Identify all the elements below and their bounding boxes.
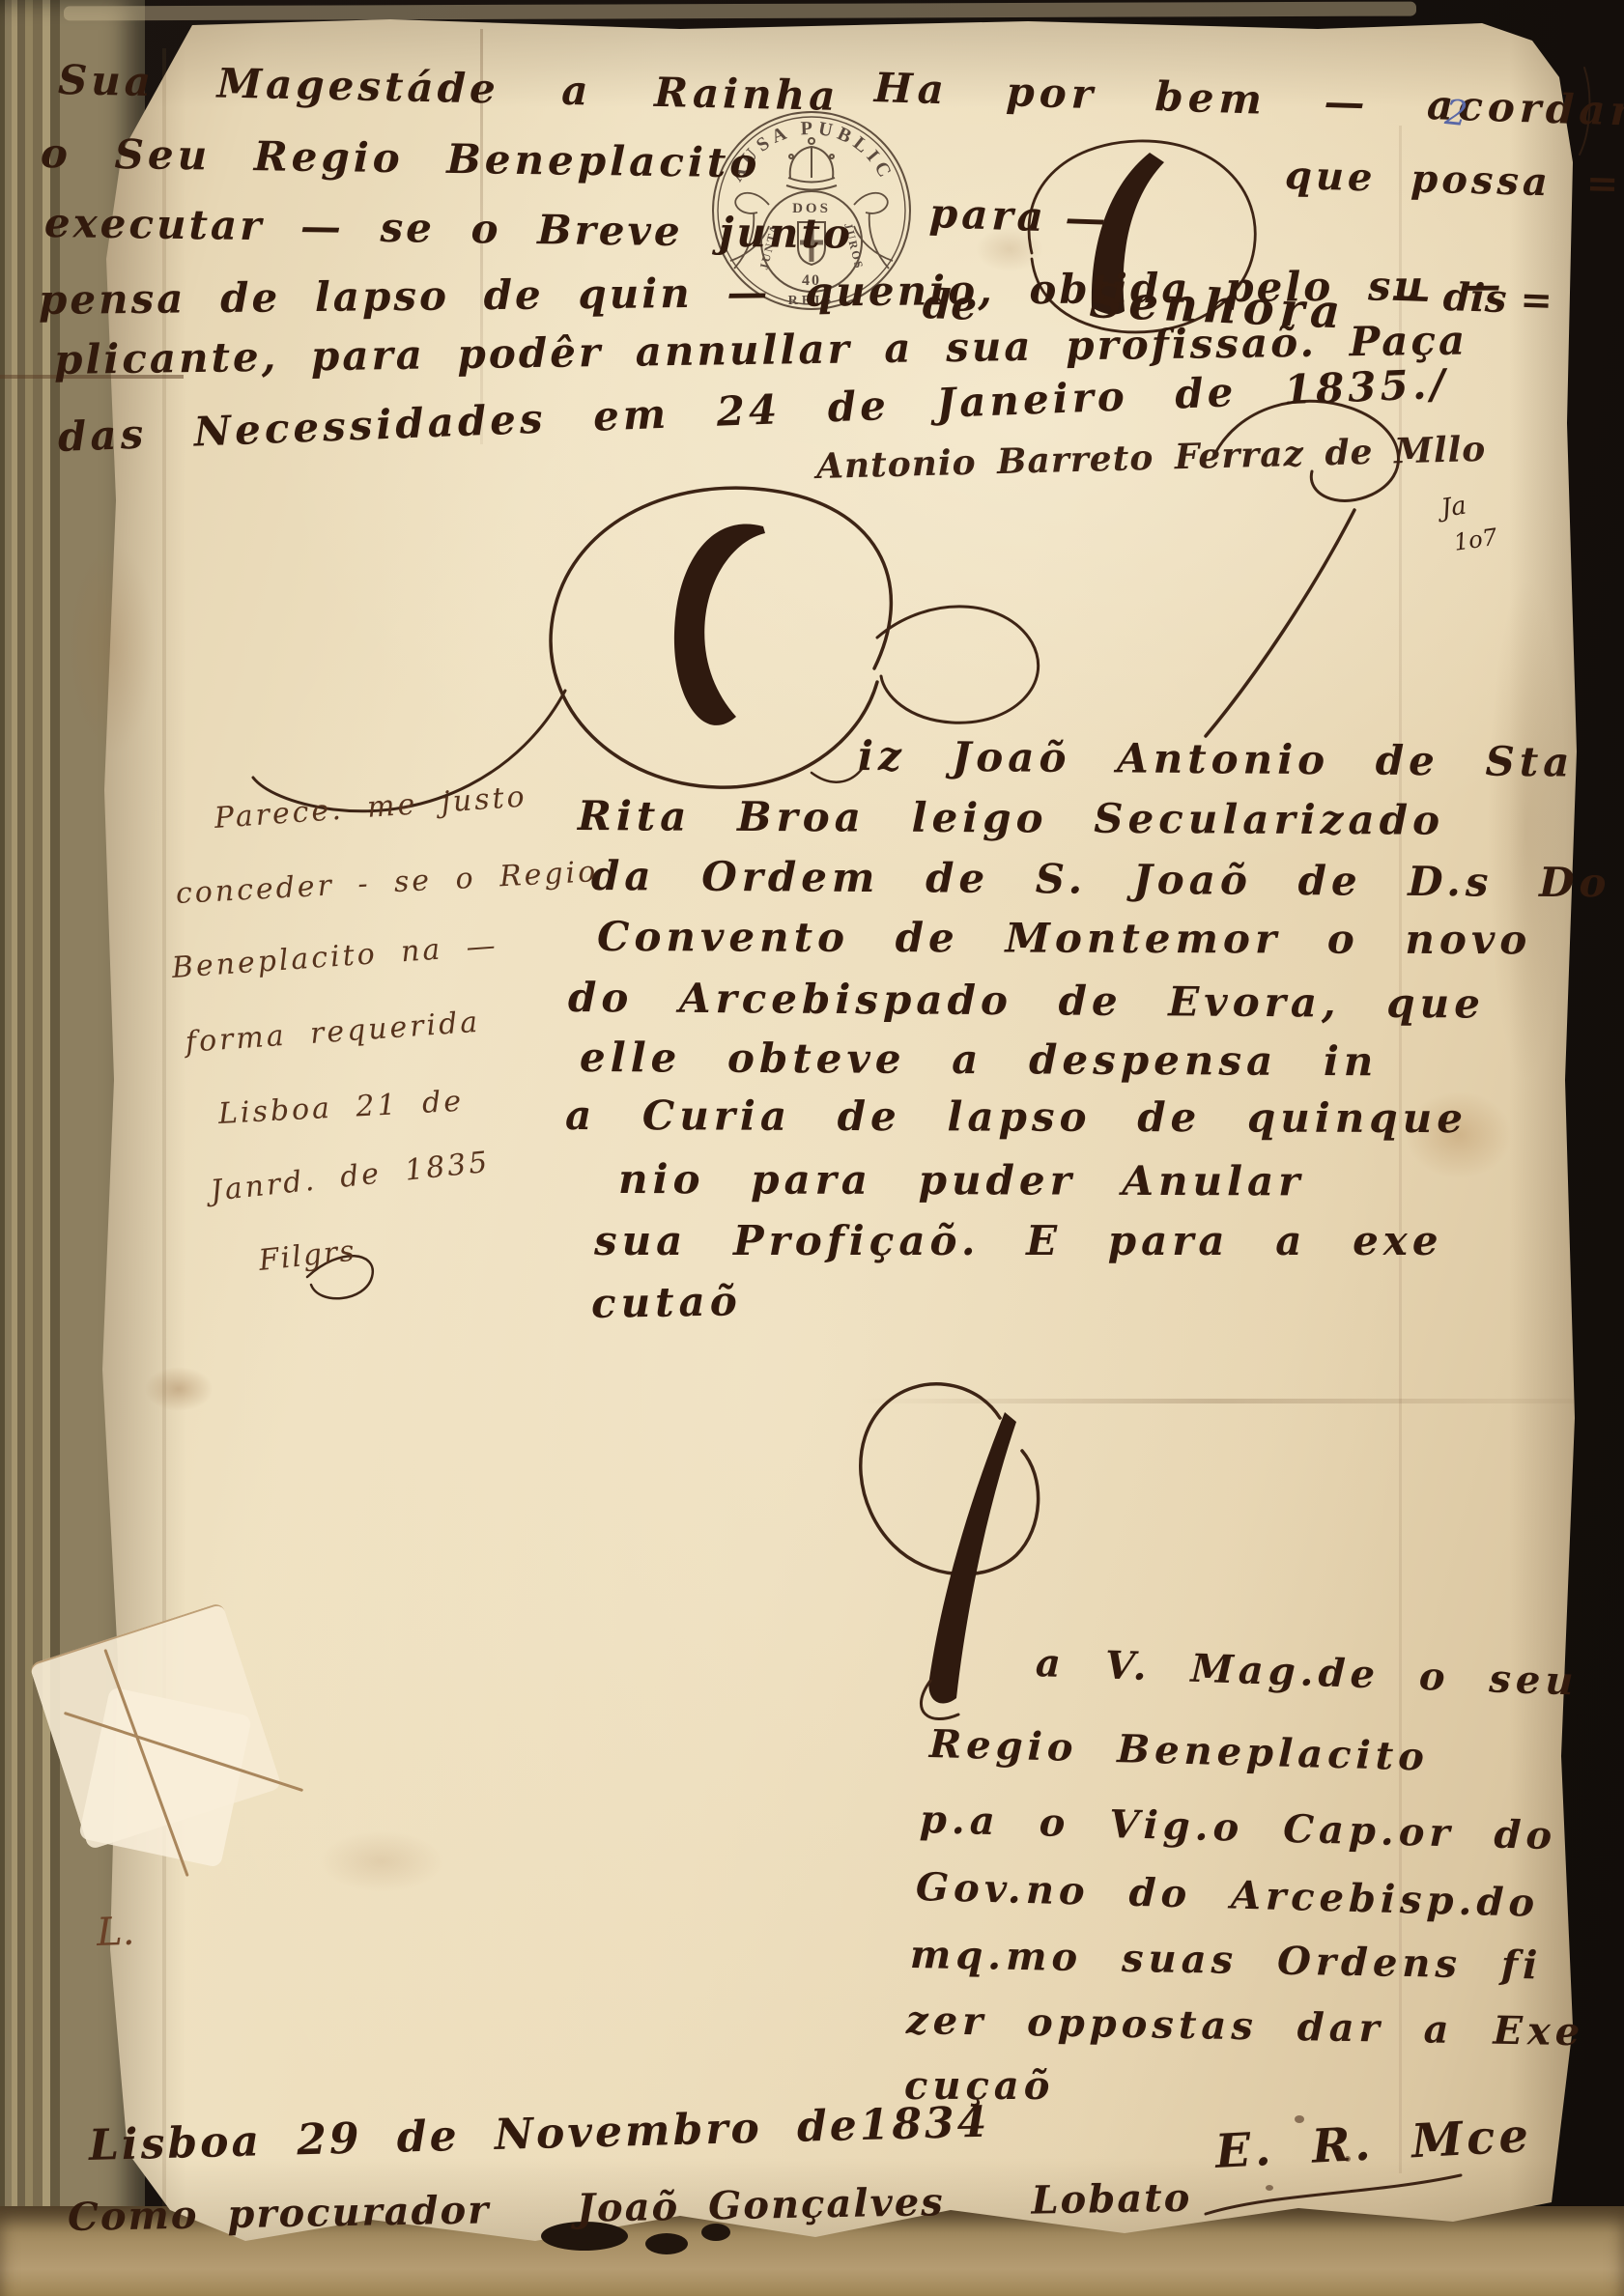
decree-line2-left: o Seu Regio Beneplacito bbox=[41, 129, 761, 186]
decree-line2-right: que possa = bbox=[1284, 153, 1623, 207]
underlying-sheet-edge bbox=[64, 2, 1416, 21]
petition-line4: Convento de Montemor o novo bbox=[597, 913, 1532, 963]
petition-line3: da Ordem de S. Joaõ de D.s Do bbox=[591, 852, 1611, 906]
petition-line10: cutaõ bbox=[591, 1277, 743, 1327]
page-number-annotation: 2 bbox=[1443, 93, 1469, 134]
crown-icon bbox=[786, 138, 837, 190]
manuscript-scan: { "colors": { "paper": "#ecdcba", "ink":… bbox=[0, 0, 1624, 2296]
petition-line8: nio para puder Anular bbox=[618, 1155, 1305, 1205]
petition-line1: iz Joaõ Antonio de Sta bbox=[858, 732, 1575, 785]
closing-left-mark: L. bbox=[96, 1910, 135, 1955]
petition-line7: a Curia de lapso de quinque bbox=[565, 1091, 1467, 1142]
petition-line2: Rita Broa leigo Secularizado bbox=[578, 792, 1444, 844]
petition-line9: sua Profiçaõ. E para a exe bbox=[594, 1217, 1443, 1264]
archival-side-mark-upper: Ja bbox=[1439, 492, 1468, 524]
petition-line6: elle obteve a despensa in bbox=[580, 1034, 1379, 1085]
decree-line2-mid: para — bbox=[928, 189, 1110, 242]
petition-line5: do Arcebispado de Evora, que bbox=[568, 974, 1485, 1028]
